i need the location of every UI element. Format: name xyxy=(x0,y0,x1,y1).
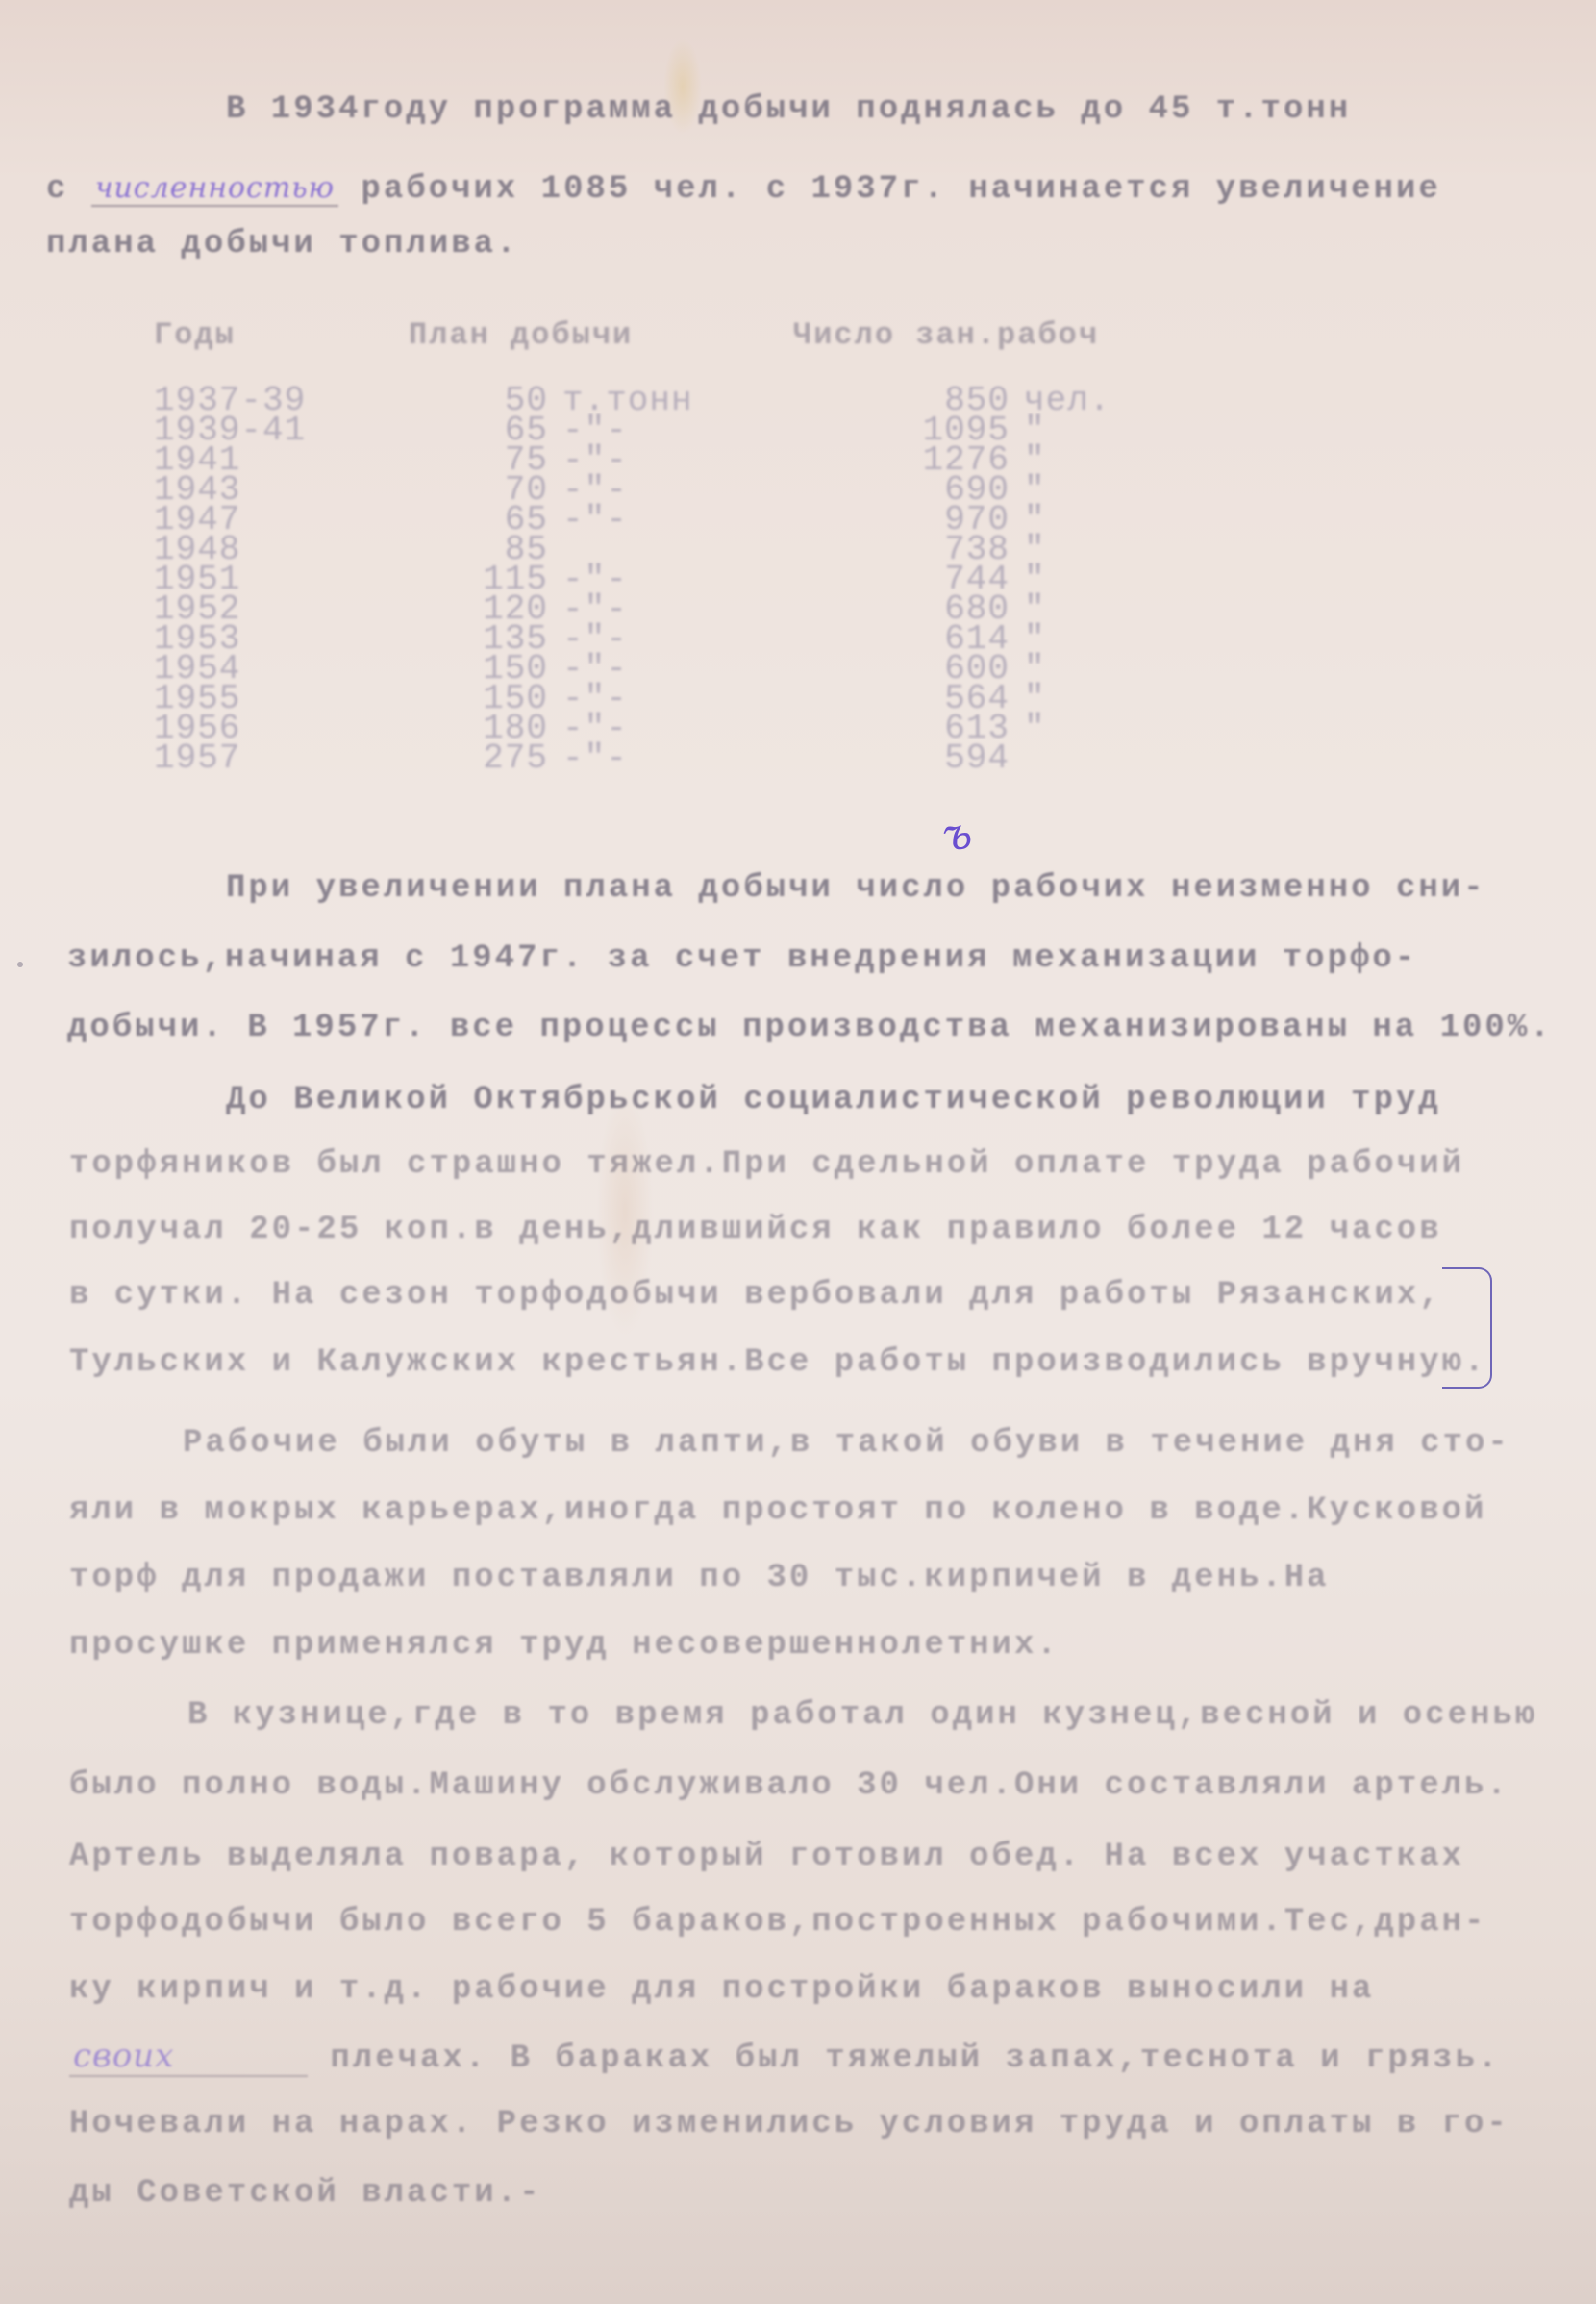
paragraph-4-line-6: своих плечах. В бараках был тяжелый запа… xyxy=(69,2037,1500,2077)
paragraph-2-line-3: получал 20-25 коп.в день,длившийся как п… xyxy=(69,1212,1442,1248)
table-header-workers: Число зан.рабоч xyxy=(793,317,1099,353)
handwritten-bracket xyxy=(1442,1267,1492,1389)
paragraph-4-line-7: Ночевали на нарах. Резко изменились усло… xyxy=(69,2106,1509,2142)
handwritten-insertion: численностью xyxy=(91,171,338,207)
paragraph-1-line-1: При увеличении плана добычи число рабочи… xyxy=(226,870,1486,907)
intro-line-2: с численностью рабочих 1085 чел. с 1937г… xyxy=(46,171,1441,208)
plan-unit-cell: -"- xyxy=(562,506,628,535)
paragraph-4-line-6-suffix: плечах. В бараках был тяжелый запах,тесн… xyxy=(308,2041,1500,2077)
paragraph-2-line-4: в сутки. На сезон торфодобычи вербовали … xyxy=(69,1277,1442,1314)
paragraph-4-line-3: Артель выделяла повара, который готовил … xyxy=(69,1839,1464,1875)
paragraph-4-line-8: ды Советской власти.- xyxy=(69,2175,541,2212)
intro-line-3: плана добычи топлива. xyxy=(46,226,518,263)
intro-line-1: В 1934году программа добычи поднялась до… xyxy=(226,91,1351,128)
paragraph-4-line-1: В кузнице,где в то время работал один ку… xyxy=(187,1697,1537,1734)
plan-cell: 275 xyxy=(433,744,548,773)
paragraph-1-line-3: добычи. В 1957г. все процессы производст… xyxy=(67,1010,1553,1046)
paragraph-2-line-1: До Великой Октябрьской социалистической … xyxy=(226,1082,1441,1118)
year-cell: 1957 xyxy=(154,744,240,773)
paragraph-2-line-5: Тульских и Калужских крестьян.Все работы… xyxy=(69,1344,1486,1381)
plan-unit-cell: -"- xyxy=(562,744,628,773)
handwritten-insertion: своих xyxy=(69,2037,308,2077)
paragraph-3-line-1: Рабочие были обуты в лапти,в такой обуви… xyxy=(183,1425,1510,1462)
handwritten-mark: ъ xyxy=(938,806,975,862)
margin-mark xyxy=(17,962,23,967)
paragraph-3-line-4: просушке применялся труд несовершеннолет… xyxy=(69,1627,1060,1664)
intro-line-2-prefix: с xyxy=(46,171,91,208)
document-page: В 1934году программа добычи поднялась до… xyxy=(0,0,1596,2304)
paragraph-2-line-2: торфяников был страшно тяжел.При сдельно… xyxy=(69,1146,1464,1183)
paragraph-4-line-2: было полно воды.Машину обслуживало 30 че… xyxy=(69,1767,1509,1804)
paragraph-4-line-5: ку кирпич и т.д. рабочие для постройки б… xyxy=(69,1971,1374,2008)
paragraph-1-line-2: зилось,начиная с 1947г. за счет внедрени… xyxy=(67,940,1417,977)
paragraph-4-line-4: торфодобычи было всего 5 бараков,построе… xyxy=(69,1904,1486,1941)
intro-line-2-suffix: рабочих 1085 чел. с 1937г. начинается ув… xyxy=(338,171,1441,208)
table-header-years: Годы xyxy=(154,317,236,353)
table-header-plan: План добычи xyxy=(409,317,633,353)
workers-cell: 594 xyxy=(865,744,1010,773)
table-row: 1957 275 -"- 594 xyxy=(154,744,1115,773)
paragraph-3-line-2: яли в мокрых карьерах,иногда простоят по… xyxy=(69,1492,1486,1529)
workers-unit-cell: " xyxy=(1024,714,1046,743)
paragraph-3-line-3: торф для продажи поставляли по 30 тыс.ки… xyxy=(69,1560,1330,1596)
